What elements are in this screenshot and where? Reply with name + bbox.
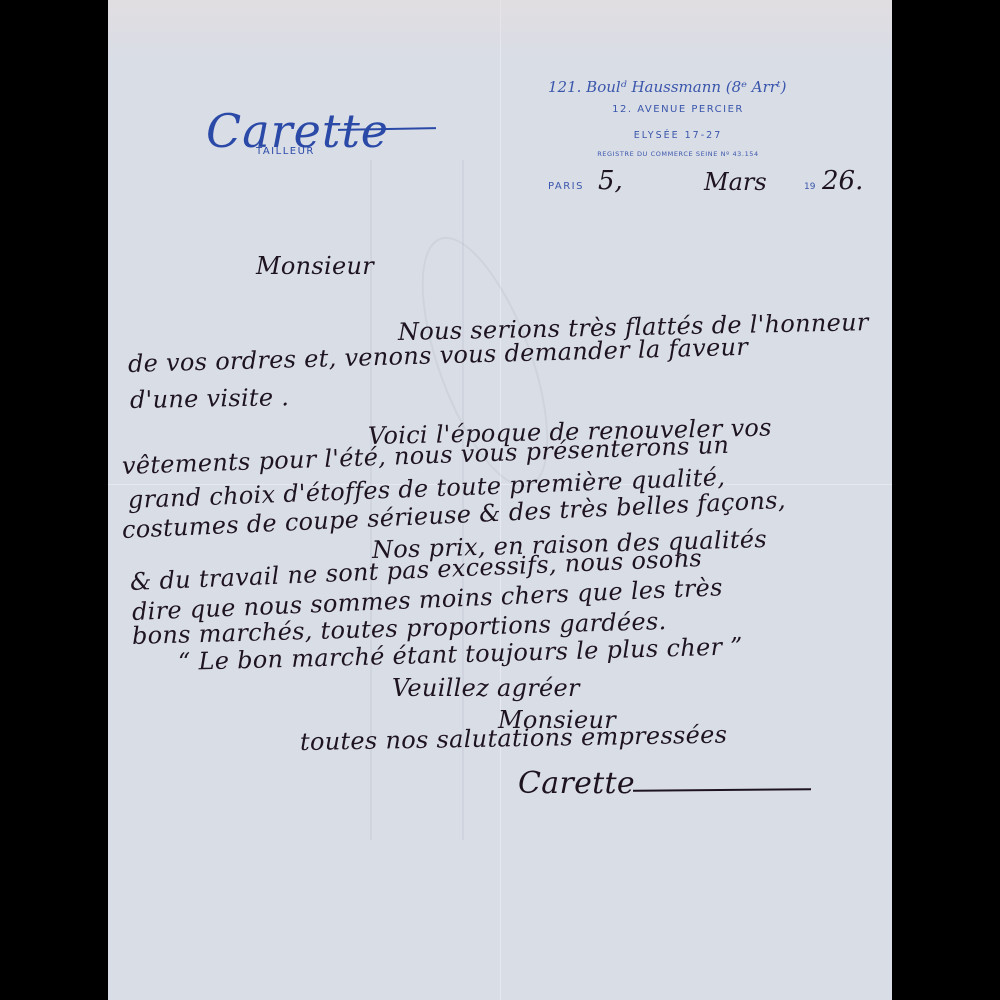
phone-number: ELYSÉE 17-27 xyxy=(538,130,818,141)
registry-number: REGISTRE DU COMMERCE SEINE Nº 43.154 xyxy=(538,150,818,158)
address-line-1: 121. Boulᵈ Haussmann (8ᵉ Arrᵗ) xyxy=(548,78,786,96)
body-line: d'une visite . xyxy=(130,383,290,414)
closing-line: Veuillez agréer xyxy=(392,674,580,702)
date-year: 26. xyxy=(822,166,863,196)
date-day: 5, xyxy=(598,166,623,196)
date-city: PARIS xyxy=(548,181,584,192)
salutation: Monsieur xyxy=(256,252,374,280)
signature: Carette xyxy=(518,766,635,801)
letter-paper: Carette TAILLEUR 121. Boulᵈ Haussmann (8… xyxy=(108,0,892,1000)
brand-trade: TAILLEUR xyxy=(256,146,315,157)
date-month: Mars xyxy=(704,168,767,196)
closing-line: toutes nos salutations empressées xyxy=(300,721,728,756)
address-line-2: 12. AVENUE PERCIER xyxy=(538,104,818,115)
signature-underline xyxy=(633,788,811,792)
date-century: 19 xyxy=(804,182,815,192)
